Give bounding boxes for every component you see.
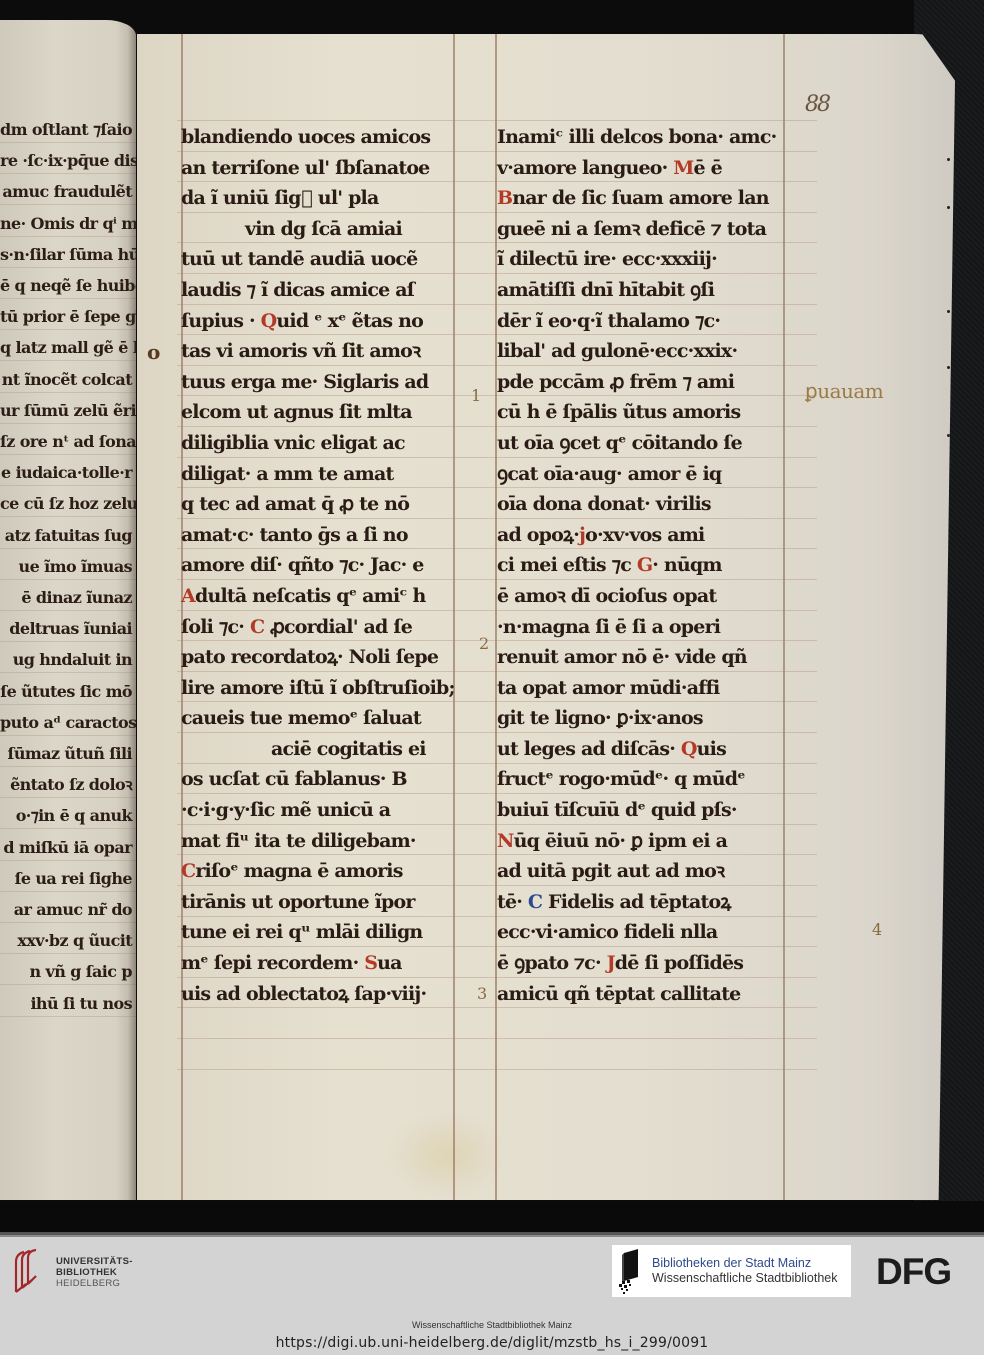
pricking-hole [947,434,950,437]
manuscript-line: uis ad oblectatoꝝ ſap·viij· [181,979,471,1010]
verso-text-line: n vñ g ſaic p [0,958,136,985]
pencil-mark: o [147,340,160,364]
mainz-library-logo[interactable]: Bibliotheken der Stadt Mainz Wissenschaf… [612,1245,851,1297]
ruling-line [177,457,817,458]
rubricated-initial: C [250,616,264,638]
ruling-line [177,610,817,611]
manuscript-line: ecc·vi·amico fideli nlla [497,917,827,948]
verso-text-line: ſūmaz ũtuñ ſili [0,740,136,767]
manuscript-line: fructᵉ rogo·mūdᵉ· q mūdᵉ [497,764,827,795]
manuscript-line: ꝯcat oīa·aug· amor ē iq [497,459,827,490]
verso-page-fragment: dm oſtlant ⁊ſaiore ·ſc·ix·pq̄ue disamuc … [0,20,136,1200]
water-stain [387,1110,507,1200]
verso-text-line: deltruas ĩuniai [0,615,136,642]
ruling-line [177,977,817,978]
manuscript-line: laudis ⁊ ĩ dicas amice aſ [181,275,471,306]
manuscript-line: Inamiᶜ illi delcos bona· amc· [497,122,827,153]
manuscript-line: pde pccām ꝓ frēm ⁊ ami [497,367,827,398]
heidelberg-university-library-logo[interactable]: UNIVERSITÄTS- BIBLIOTHEK HEIDELBERG [10,1247,170,1297]
manuscript-line: libal' ad gulonē·ecc·xxix· [497,336,827,367]
verso-text-line: nt ĩnocẽt colcat [0,366,136,393]
uni-logo-line3: HEIDELBERG [56,1278,133,1289]
manuscript-line: ad uitā pgit aut ad moꝛ [497,856,827,887]
verso-text-line: ur ſūmū zelū ẽri [0,397,136,424]
margin-mark: 3 [477,984,487,1003]
rubricated-initial: M [673,157,693,179]
ruling-line [177,151,817,152]
manuscript-line: Bnar de ſic ſuam amore lan [497,183,827,214]
manuscript-line: amātiſſi dnī hītabit ꝯſi [497,275,827,306]
manuscript-line: renuit amor nō ē· vide qñ [497,642,827,673]
mainz-logo-line1: Bibliotheken der Stadt Mainz [652,1256,838,1271]
ruling-line [177,273,817,274]
verso-text-line: xxv·bz q ũucit [0,927,136,954]
manuscript-line: vin dg ſcā amiai [181,214,471,245]
manuscript-line: ta opat amor mūdi·affi [497,673,827,704]
rubricated-initial: S [364,952,377,974]
verso-text-line: ſe ũtutes ſic mō [0,678,136,705]
manuscript-line: elcom ut agnus ſit mlta [181,397,471,428]
manuscript-line: Criſoᵉ magna ē amoris [181,856,471,887]
manuscript-line: tune ei rei qᵘ mlāi dilign [181,917,471,948]
manuscript-line: lire amore iſtū ĩ obſtruſioib; [181,673,471,704]
gutter-shadow [128,20,136,1200]
ruling-line [177,732,817,733]
ruling-line [177,885,817,886]
ruling-line [177,426,817,427]
manuscript-line: ſupius · Quid ᵉ xᵉ ẽtas no [181,306,471,337]
ruling-line [177,395,817,396]
manuscript-line: aciē cogitatis ei [181,734,471,765]
rubricated-initial: Q [261,310,277,332]
ruling-line [177,181,817,182]
uni-logo-line1: UNIVERSITÄTS- [56,1256,133,1267]
verso-text-line: puto aᵈ caractos [0,709,136,736]
manuscript-line: pato recordatoꝝ· Noli ſepe [181,642,471,673]
verso-text-line: re ·ſc·ix·pq̄ue dis [0,147,136,174]
verso-text-line: ē q neqẽ ſe huibet [0,272,136,299]
manuscript-line: diligat· a mm te amat [181,459,471,490]
verso-text-line: dm oſtlant ⁊ſaio [0,116,136,143]
verso-text-line: ſe ua rei ſighe [0,865,136,892]
manuscript-line: v·amore langueo· Mē ē [497,153,827,184]
ruling-line [177,824,817,825]
pricking-hole [947,310,950,313]
manuscript-line: amicū qñ tēptat callitate [497,979,827,1010]
ruling-line [177,518,817,519]
rubricated-initial: J [607,952,615,974]
manuscript-line: gueē ni a ſemꝛ deficē ⁊ tota [497,214,827,245]
manuscript-line: ē ꝯpato ⁊c· Jdē ſi poſſidēs [497,948,827,979]
manuscript-line: oīa dona donat· virilis [497,489,827,520]
verso-text-line: amuc fraudulẽt [0,178,136,205]
manuscript-line: amore diſ· qñto ⁊c· Jac· e [181,550,471,581]
verso-text-line: e iudaica·tolle·r [0,459,136,486]
manuscript-line: mᵉ ſepi recordem· Sua [181,948,471,979]
ruling-line [177,793,817,794]
ruling-line [177,1038,817,1039]
ruling-line [177,334,817,335]
margin-mark: 4 [872,920,882,939]
manuscript-line: dēr ĩ eo·q·ĩ thalamo ⁊c· [497,306,827,337]
verso-text-line: ug hndaluit in [0,646,136,673]
verso-text-line: d miſkū iā opar [0,834,136,861]
rubricated-initial: j [579,524,585,546]
manuscript-line: caueis tue memoᵉ ſaluat [181,703,471,734]
manuscript-line: cū h ē ſpālis ũtus amoris [497,397,827,428]
ub-heidelberg-mark-icon [10,1248,50,1296]
pricking-hole [947,206,950,209]
ruling-line [177,365,817,366]
ruling-line [177,1007,817,1008]
verso-text-line: ſz ore nᵗ ad ſonar [0,428,136,455]
verso-text-line: ar amuc nr̃ do [0,896,136,923]
verso-text-line: s·n·ſilar ſūma hū [0,241,136,268]
verso-text-line: atz fatuitas ſug [0,522,136,549]
manuscript-line: amat·c· tanto ḡs a ſi no [181,520,471,551]
verso-text-line: q latz mall gẽ ē l [0,334,136,361]
pricking-hole [947,366,950,369]
manuscript-line: da ĩ uniū ſig᷒ ul' pla [181,183,471,214]
blue-initial: C [528,891,542,913]
ruling-line [177,304,817,305]
manuscript-line: git te ligno· ꝑ·ix·anos [497,703,827,734]
manuscript-line: os ucſat cū fablanus· B [181,764,471,795]
ruling-line [177,579,817,580]
rubricated-initial: B [497,187,512,209]
ruling-line [177,916,817,917]
verso-text-line: ce cū ſz hoz zelus [0,490,136,517]
rubricated-initial: G [637,554,652,576]
manuscript-line: Nūq ēiuū nō· ꝑ ipm ei a [497,826,827,857]
manuscript-line: ut oīa ꝯcet qᵉ cōitando ſe [497,428,827,459]
rubricated-initial: C [181,860,195,882]
rubricated-initial: N [497,830,514,852]
manuscript-line: ĩ dilectū ire· ecc·xxxiij· [497,244,827,275]
manuscript-line: ad opoꝝ·jo·xv·vos ami [497,520,827,551]
manuscript-line: tē· C Fidelis ad tēptatoꝝ [497,887,827,918]
margin-mark: 2 [479,634,489,653]
manuscript-line: ·c·i·g·y·ſic mẽ unicū a [181,795,471,826]
footer: UNIVERSITÄTS- BIBLIOTHEK HEIDELBERG Bibl… [0,1235,984,1355]
ruling-line [177,701,817,702]
rubricated-initial: Q [681,738,697,760]
text-column-left: blandiendo uoces amicosan terriſone ul' … [181,122,471,1009]
ruling-line [177,487,817,488]
manuscript-line: buiuī tīſcuīū dᵉ quid pſs· [497,795,827,826]
verso-text-line: ne· Omis dr qⁱ mi [0,210,136,237]
ruling-line [177,1069,817,1070]
background-cloth-bottom [0,1201,984,1235]
marginal-annotation: ꝑuauam [805,379,883,403]
recto-page: 88 blandiendo uoces amicosan terriſone u… [137,34,955,1200]
ruling-line [177,671,817,672]
ruling-line [177,640,817,641]
manuscript-line: blandiendo uoces amicos [181,122,471,153]
manuscript-line: diligiblia vnic eligat ac [181,428,471,459]
manuscript-line: ē amoꝛ dī ocioſus opat [497,581,827,612]
verso-text-line: ihū ſi tu nos [0,990,136,1017]
ruling-line [177,242,817,243]
manuscript-line: ut leges ad diſcās· Quis [497,734,827,765]
dfg-logo[interactable]: DFG [876,1252,951,1292]
manuscript-line: tirānis ut oportune ĩpor [181,887,471,918]
uni-logo-line2: BIBLIOTHEK [56,1267,133,1278]
ruling-line [177,120,817,121]
mainz-logo-line2: Wissenschaftliche Stadtbibliothek [652,1271,838,1286]
verso-text-line: ue ĩmo ĩmuas [0,553,136,580]
text-column-right: Inamiᶜ illi delcos bona· amc·v·amore lan… [497,122,827,1009]
manuscript-line: Adultā neſcatis qᵉ amiᶜ h [181,581,471,612]
manuscript-line: ci mei eſtis ⁊c G· nūqm [497,550,827,581]
ruling-line [177,212,817,213]
verso-text-line: ē dinaz ĩunaz [0,584,136,611]
rubricated-initial: A [181,585,195,607]
manuscript-line: ·n·magna ſi ē ſi a operi [497,612,827,643]
folio-number: 88 [805,92,829,117]
manuscript-line: mat fiᵘ ita te diligebam· [181,826,471,857]
verso-text-line: tū prior ē ſepe gī [0,303,136,330]
ruling-line [177,854,817,855]
manuscript-scan: dm oſtlant ⁊ſaiore ·ſc·ix·pq̄ue disamuc … [0,0,984,1235]
owner-institution: Wissenschaftliche Stadtbibliothek Mainz [0,1320,984,1330]
manuscript-line: tas vi amoris vñ ſit amoꝛ [181,336,471,367]
ruling-line [177,548,817,549]
pricking-hole [947,158,950,161]
manuscript-line: ſoli ⁊c· C ꝓcordial' ad ſe [181,612,471,643]
manuscript-line: an terriſone ul' ſbſanatoe [181,153,471,184]
ruling-line [177,946,817,947]
book-pixel-icon [616,1247,646,1295]
manuscript-line: q tec ad amat q̄ ꝓ te nō [181,489,471,520]
manuscript-line: tuū ut tandē audiā uocẽ [181,244,471,275]
permalink-url[interactable]: https://digi.ub.uni-heidelberg.de/diglit… [0,1335,984,1351]
verso-text-line: o·⁊in ē q anuk [0,802,136,829]
ruling-line [177,763,817,764]
verso-text-line: ẽntato ſz doloꝛ [0,771,136,798]
manuscript-line: tuus erga me· Siglaris ad [181,367,471,398]
